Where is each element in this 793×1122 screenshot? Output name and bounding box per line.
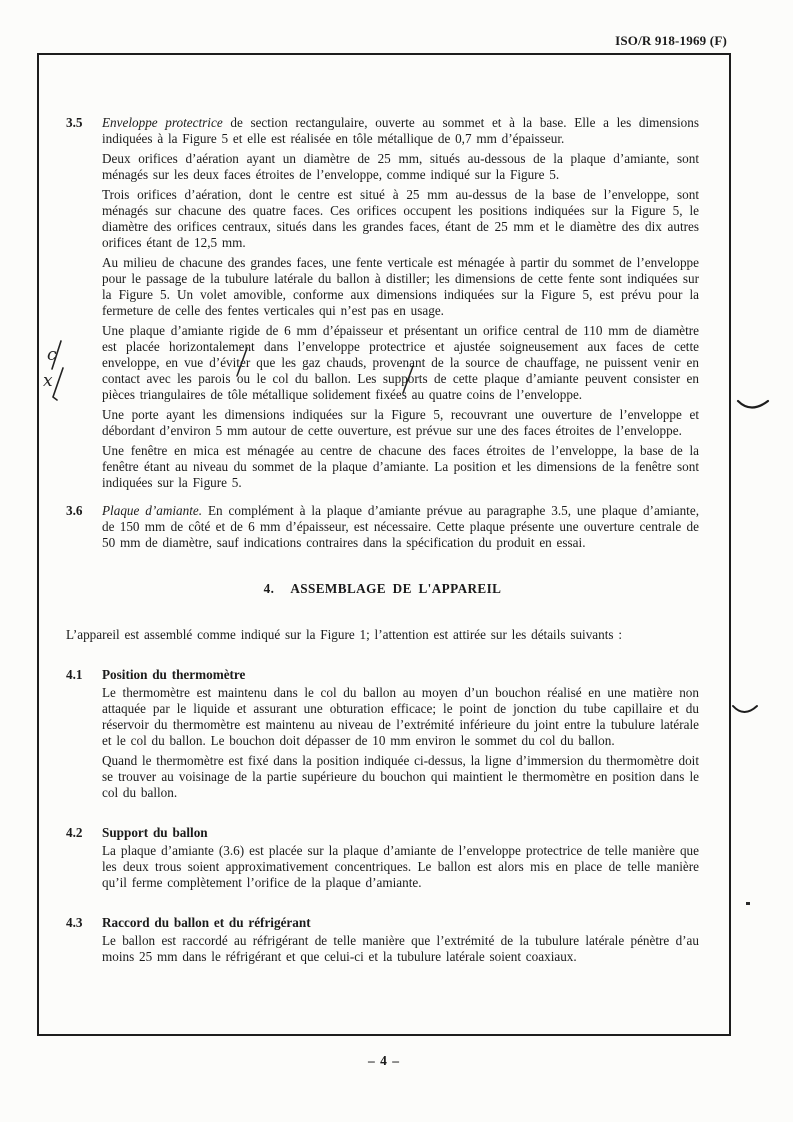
paragraph: Le ballon est raccordé au réfrigérant de…	[102, 933, 699, 965]
section-3-6: 3.6 Plaque d’amiante. En complément à la…	[66, 503, 699, 551]
section-body: Enveloppe protectrice de section rectang…	[102, 115, 699, 491]
section-number: 3.5	[66, 115, 102, 491]
paragraph: Enveloppe protectrice de section rectang…	[102, 115, 699, 147]
chapter-title: ASSEMBLAGE DE L'APPAREIL	[290, 581, 501, 596]
document-page: ISO/R 918-1969 (F) 3.5 Enveloppe protect…	[0, 0, 793, 1122]
page-number: – 4 –	[37, 1053, 731, 1069]
paragraph: Trois orifices d’aération, dont le centr…	[102, 187, 699, 251]
section-body: Plaque d’amiante. En complément à la pla…	[102, 503, 699, 551]
section-title: Raccord du ballon et du réfrigérant	[102, 915, 699, 931]
paragraph: Deux orifices d’aération ayant un diamèt…	[102, 151, 699, 183]
paragraph: La plaque d’amiante (3.6) est placée sur…	[102, 843, 699, 891]
section-4-3: 4.3 Raccord du ballon et du réfrigérant …	[66, 915, 699, 965]
page-frame: 3.5 Enveloppe protectrice de section rec…	[37, 53, 731, 1036]
paragraph: Une plaque d’amiante rigide de 6 mm d’ép…	[102, 323, 699, 403]
paragraph: Une porte ayant les dimensions indiquées…	[102, 407, 699, 439]
ink-dot	[746, 902, 750, 905]
paragraph: Une fenêtre en mica est ménagée au centr…	[102, 443, 699, 491]
chapter-heading: 4.ASSEMBLAGE DE L'APPAREIL	[66, 581, 699, 597]
section-title: Position du thermomètre	[102, 667, 699, 683]
chapter-number: 4.	[264, 581, 275, 596]
section-title: Support du ballon	[102, 825, 699, 841]
section-body: Support du ballon La plaque d’amiante (3…	[102, 825, 699, 891]
margin-curve-mark-2	[733, 706, 757, 712]
paragraph: Quand le thermomètre est fixé dans la po…	[102, 753, 699, 801]
section-lead-italic: Enveloppe protectrice	[102, 115, 223, 130]
section-4-1: 4.1 Position du thermomètre Le thermomèt…	[66, 667, 699, 801]
section-number: 4.3	[66, 915, 102, 965]
paragraph: Plaque d’amiante. En complément à la pla…	[102, 503, 699, 551]
section-4-2: 4.2 Support du ballon La plaque d’amiant…	[66, 825, 699, 891]
section-number: 3.6	[66, 503, 102, 551]
paragraph: Au milieu de chacune des grandes faces, …	[102, 255, 699, 319]
paragraph: Le thermomètre est maintenu dans le col …	[102, 685, 699, 749]
section-body: Position du thermomètre Le thermomètre e…	[102, 667, 699, 801]
section-body: Raccord du ballon et du réfrigérant Le b…	[102, 915, 699, 965]
section-number: 4.1	[66, 667, 102, 801]
section-lead-italic: Plaque d’amiante.	[102, 503, 202, 518]
section-number: 4.2	[66, 825, 102, 891]
margin-curve-mark-1	[738, 401, 768, 408]
chapter-intro: L’appareil est assemblé comme indiqué su…	[66, 627, 699, 643]
header-reference: ISO/R 918-1969 (F)	[615, 33, 727, 49]
page-content: 3.5 Enveloppe protectrice de section rec…	[39, 55, 729, 965]
section-3-5: 3.5 Enveloppe protectrice de section rec…	[66, 115, 699, 491]
